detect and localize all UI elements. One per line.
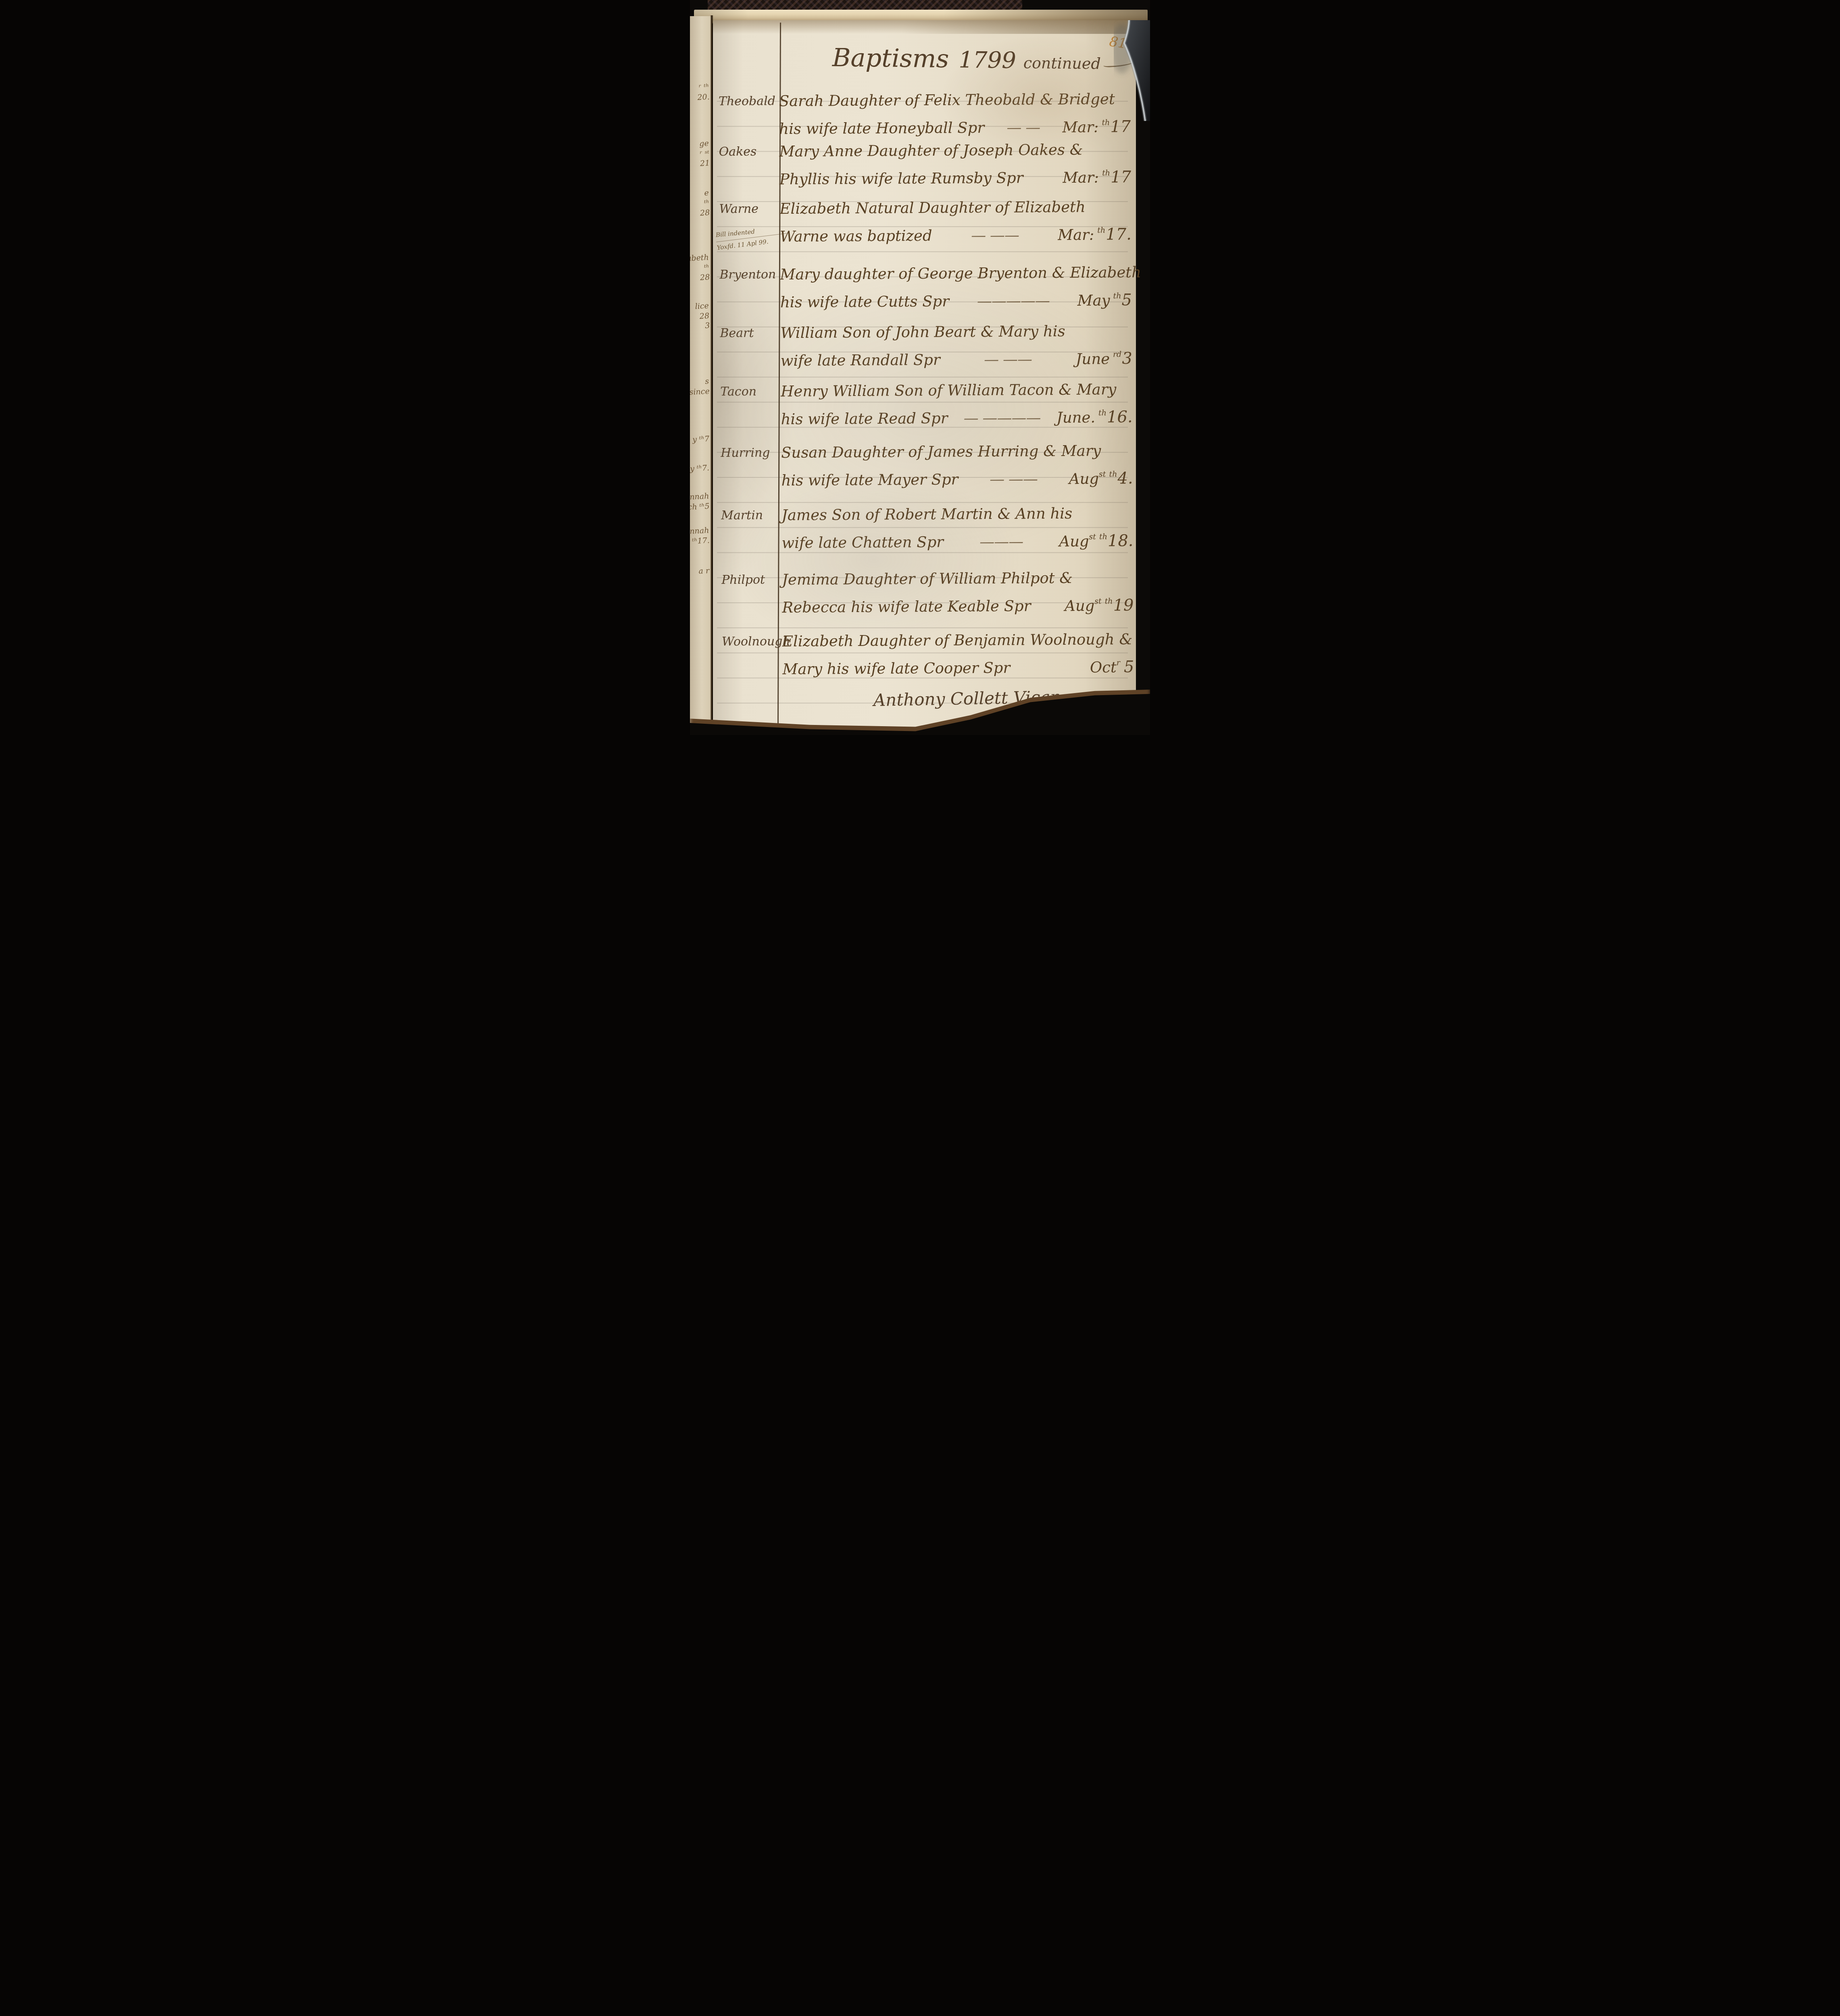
entry-date: Mar:th17. [1058, 223, 1132, 244]
entry-dashes: — ———— [948, 408, 1056, 428]
entry-date-month: Aug [1065, 597, 1095, 614]
entry-line2: Phyllis his wife late Rumsby SprMar:th17 [779, 165, 1131, 189]
register-entry-row: PhilpotJemima Daughter of William Philpo… [721, 569, 1134, 618]
entry-dashes: — —— [940, 350, 1075, 369]
entry-date-day-sup: th [1105, 597, 1113, 606]
entry-line2: wife late Chatten Spr———Augstth18. [781, 529, 1133, 553]
register-entry-row: BeartWilliam Son of John Beart & Mary hi… [720, 322, 1132, 371]
entry-date-month-sup: r [1117, 658, 1120, 667]
entry-line2-text: his wife late Honeyball Spr [779, 119, 984, 138]
page-holder-clip [1114, 20, 1150, 121]
entry-date: Junerd3 [1075, 347, 1132, 369]
register-entry-row: HurringSusan Daughter of James Hurring &… [721, 442, 1133, 491]
entry-line1: Mary daughter of George Bryenton & Eliza… [780, 263, 1132, 284]
facing-page-fragment: a r [690, 566, 710, 577]
register-entry-row: WarneElizabeth Natural Daughter of Eliza… [719, 198, 1132, 247]
entry-surname: Oakes [719, 142, 776, 159]
register-entry-row: WoolnoughElizabeth Daughter of Benjamin … [722, 630, 1134, 679]
entry-date-day: 18. [1108, 531, 1134, 550]
entry-lines: Susan Daughter of James Hurring & Maryhi… [778, 442, 1133, 490]
entry-date-day: 16. [1107, 408, 1133, 426]
entry-date: Augstth18. [1059, 529, 1133, 551]
entry-lines: Elizabeth Natural Daughter of ElizabethW… [776, 198, 1132, 246]
facing-page-fragment: ge ʳ ˢᵗ 21 [690, 138, 710, 169]
entry-date-month: Mar: [1062, 119, 1098, 136]
facing-page-fragment: nnah ᵗʰ17. [690, 525, 710, 546]
entry-lines: Mary daughter of George Bryenton & Eliza… [777, 263, 1132, 312]
facing-page-fragment: s since [690, 376, 710, 397]
entry-surname: Beart [720, 324, 777, 340]
entry-date-day-sup: rd [1113, 350, 1121, 359]
entry-line1: Mary Anne Daughter of Joseph Oakes & [779, 140, 1131, 161]
entry-date-month-sup: st [1099, 470, 1106, 479]
entry-line1: Elizabeth Natural Daughter of Elizabeth [779, 198, 1131, 218]
register-entry-row: TaconHenry William Son of William Tacon … [720, 380, 1133, 429]
facing-page-fragment: y ᵗʰ7 [690, 434, 710, 445]
entry-line2: Mary his wife late Cooper SprOctr5 [782, 655, 1134, 679]
register-entry-row: OakesMary Anne Daughter of Joseph Oakes … [719, 140, 1131, 190]
entry-date-day-sup: th [1099, 532, 1107, 541]
entry-date-day-sup: th [1098, 408, 1107, 417]
entry-date: Octr5 [1090, 655, 1134, 677]
entry-date-day-sup: th [1109, 470, 1117, 479]
entry-date-day: 17. [1106, 225, 1132, 244]
register-entry-row: MartinJames Son of Robert Martin & Ann h… [721, 504, 1134, 553]
entry-line2: Rebecca his wife late Keable SprAugstth1… [782, 594, 1134, 617]
entry-surname: Philpot [721, 571, 779, 587]
facing-page-edge: ʳ ᵗʰ 20.ge ʳ ˢᵗ 21e ᵗʰ 28abeth ᵗʰ 28lice… [690, 16, 711, 726]
entry-lines: Sarah Daughter of Felix Theobald & Bridg… [776, 90, 1131, 139]
entry-date-month: Mar: [1063, 169, 1099, 187]
entry-date-day-sup: th [1097, 226, 1105, 235]
entry-date-day: 3 [1122, 349, 1132, 368]
entry-line2: his wife late Mayer Spr— ——Augstth4. [781, 467, 1133, 490]
entry-date-month: Mar: [1058, 226, 1094, 244]
entry-lines: Henry William Son of William Tacon & Mar… [777, 380, 1133, 429]
entry-date-month: May [1077, 292, 1110, 309]
entry-surname: Warne [719, 200, 776, 216]
entry-date: Augstth19 [1065, 594, 1134, 615]
entry-lines: Jemima Daughter of William Philpot &Rebe… [779, 569, 1134, 617]
entry-date-month: Aug [1069, 470, 1099, 487]
entry-line2-text: Warne was baptized [780, 227, 932, 246]
entries-list: TheobaldSarah Daughter of Felix Theobald… [711, 19, 1138, 731]
entry-line2-text: wife late Chatten Spr [781, 533, 944, 552]
entry-dashes: — —— [958, 470, 1069, 489]
entry-date-month: June [1076, 350, 1110, 368]
entry-line1: James Son of Robert Martin & Ann his [781, 504, 1133, 525]
entry-surname: Hurring [721, 444, 778, 460]
entry-line2-text: wife late Randall Spr [781, 351, 940, 370]
entry-line2-text: his wife late Mayer Spr [781, 471, 958, 490]
book-photo: ʳ ᵗʰ 20.ge ʳ ˢᵗ 21e ᵗʰ 28abeth ᵗʰ 28lice… [690, 0, 1150, 735]
entry-dashes: ——— [944, 532, 1059, 552]
entry-line2-text: Rebecca his wife late Keable Spr [782, 597, 1031, 617]
entry-line2-text: Mary his wife late Cooper Spr [782, 659, 1010, 679]
entry-lines: James Son of Robert Martin & Ann hiswife… [778, 504, 1134, 553]
facing-page-fragment: e ᵗʰ 28 [690, 188, 710, 219]
entry-line2: his wife late Read Spr— ————June.th16. [781, 405, 1132, 429]
entry-date-day: 5 [1124, 658, 1134, 676]
entry-lines: Mary Anne Daughter of Joseph Oakes &Phyl… [776, 140, 1131, 189]
entry-line1: Sarah Daughter of Felix Theobald & Bridg… [779, 90, 1131, 110]
entry-line1: Susan Daughter of James Hurring & Mary [781, 442, 1133, 462]
entry-dashes: — —— [932, 226, 1058, 245]
entry-date: Mayth5 [1077, 288, 1132, 310]
entry-surname: Woolnough [722, 632, 779, 649]
entry-surname: Bryenton [719, 265, 777, 282]
entry-line1: Jemima Daughter of William Philpot & [782, 569, 1134, 589]
entry-date-month: Aug [1059, 533, 1089, 550]
entry-line2-text: his wife late Cutts Spr [780, 292, 949, 312]
facing-page-fragment: abeth ᵗʰ 28 [690, 252, 710, 283]
entry-line2-text: his wife late Read Spr [781, 409, 948, 429]
entry-date-day-sup: th [1102, 169, 1110, 177]
entry-lines: Elizabeth Daughter of Benjamin Woolnough… [779, 630, 1134, 679]
entry-date-month-sup: st [1089, 532, 1096, 541]
facing-page-fragment: lice 28 3 [690, 301, 710, 332]
register-entry-row: BryentonMary daughter of George Bryenton… [719, 263, 1132, 312]
facing-page-fragment: ʳ ᵗʰ 20. [690, 82, 710, 103]
entry-line2: his wife late Cutts Spr—————Mayth5 [780, 288, 1132, 312]
facing-page-fragment: nnah ch ᵗʰ5 [690, 491, 710, 512]
entry-surname: Martin [721, 506, 778, 523]
entry-date-day: 17 [1111, 168, 1131, 186]
entry-line1: William Son of John Beart & Mary his [780, 322, 1132, 342]
entry-date-month: Oct [1090, 658, 1117, 676]
entry-date-day-sup: th [1102, 118, 1110, 127]
entry-line2: his wife late Honeyball Spr— —Mar:th17 [779, 115, 1131, 139]
entry-date: Mar:th17 [1063, 165, 1131, 187]
entry-date-month-sup: st [1094, 597, 1102, 606]
entry-line2: wife late Randall Spr— ——Junerd3 [781, 347, 1132, 371]
entry-date-day: 19 [1113, 596, 1134, 614]
entry-dashes [1023, 183, 1063, 183]
entry-line1: Henry William Son of William Tacon & Mar… [781, 380, 1132, 401]
book-spine-cloth [708, 0, 1022, 11]
entry-date: June.th16. [1056, 405, 1133, 427]
entry-dashes: — — [984, 118, 1063, 137]
entry-line2: Warne was baptized— ——Mar:th17. [780, 223, 1132, 246]
entry-line1: Elizabeth Daughter of Benjamin Woolnough… [782, 630, 1134, 651]
entry-date-month: June. [1056, 409, 1095, 427]
facing-page-fragment: ly ᵗʰ7. [690, 463, 710, 474]
register-entry-row: TheobaldSarah Daughter of Felix Theobald… [719, 90, 1131, 139]
entry-date: Augstth4. [1069, 467, 1133, 488]
entry-surname: Theobald [719, 92, 776, 108]
entry-dashes [1010, 673, 1090, 673]
entry-dashes [1031, 611, 1065, 611]
entry-surname: Tacon [720, 382, 777, 399]
register-page: Baptisms 1799 continued 81 Bill indented… [713, 20, 1136, 730]
entry-line2-text: Phyllis his wife late Rumsby Spr [779, 169, 1023, 189]
entry-date-day: 4. [1117, 469, 1133, 487]
entry-date-day: 5 [1121, 291, 1132, 309]
entry-date-day-sup: th [1113, 292, 1121, 300]
entry-lines: William Son of John Beart & Mary hiswife… [777, 322, 1132, 371]
entry-dashes: ————— [949, 292, 1077, 311]
